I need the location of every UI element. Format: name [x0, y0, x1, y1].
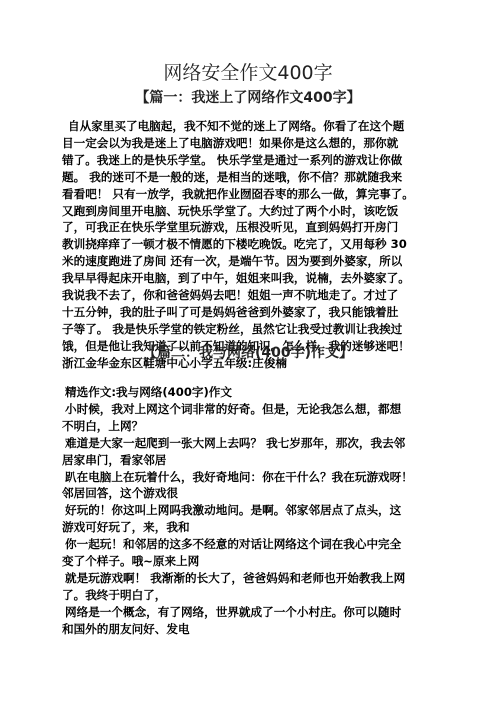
paragraph-line: 游戏可好玩了，来，我和	[62, 519, 452, 536]
paragraph-line: 自从家里买了电脑起，我不知不觉的迷上了网络。你看了在这个题	[62, 118, 452, 135]
subtitle-line: 精选作文:我与网络(400字)作文	[62, 384, 452, 401]
paragraph-line: 十五分钟，我的肚子叫了可是妈妈爸爸到外婆家了，我只能饿着肚	[62, 304, 452, 321]
paragraph-line: 变了个样子。哦~原来上网	[62, 553, 452, 570]
paragraph-line: 难道是大家一起爬到一张大网上去吗？ 我七岁那年，那次，我去邻	[62, 435, 452, 452]
document-page: 网络安全作文400字 【篇一：我迷上了网络作文400字】 自从家里买了电脑起，我…	[0, 0, 496, 702]
section-2-body: 精选作文:我与网络(400字)作文 小时候，我对上网这个词非常的好奇。但是，无论…	[62, 384, 452, 638]
paragraph-line: 米的速度跑进了房间 还有一次，是端午节。因为要到外婆家，所以	[62, 253, 452, 270]
paragraph-line: 我说我不去了，你和爸爸妈妈去吧！姐姐一声不吭地走了。才过了	[62, 287, 452, 304]
document-title: 网络安全作文400字	[0, 62, 496, 84]
paragraph-line: 居家串门，看家邻居	[62, 452, 452, 469]
paragraph-line: 不明白，上网？	[62, 418, 452, 435]
paragraph-line: 趴在电脑上在玩着什么，我好奇地问：你在干什么？我在玩游戏呀！	[62, 469, 452, 486]
paragraph-line: 教训挠痒痒了一顿才极不情愿的下楼吃晚饭。吃完了，又用每秒 30	[62, 236, 452, 253]
section-2-heading: 【篇二：我与网络(400字)作文】	[0, 344, 496, 362]
paragraph-line: 目一定会以为我是迷上了电脑游戏吧！如果你是这么想的，那你就	[62, 135, 452, 152]
section-1-heading: 【篇一：我迷上了网络作文400字】	[0, 89, 496, 107]
paragraph-line: 小时候，我对上网这个词非常的好奇。但是，无论我怎么想，都想	[62, 401, 452, 418]
paragraph-line: 就是玩游戏啊！ 我渐渐的长大了，爸爸妈妈和老师也开始教我上网	[62, 570, 452, 587]
section-1-body: 自从家里买了电脑起，我不知不觉的迷上了网络。你看了在这个题 目一定会以为我是迷上…	[62, 118, 452, 372]
paragraph-line: 又跑到房间里开电脑、玩快乐学堂了。大约过了两个小时，该吃饭	[62, 203, 452, 220]
paragraph-line: 题。 我的迷可不是一般的迷，是相当的迷哦，你不信？那就随我来	[62, 169, 452, 186]
paragraph-line: 了，可我正在快乐学堂里玩游戏，压根没听见，直到妈妈打开房门	[62, 219, 452, 236]
paragraph-line: 子等了。 我是快乐学堂的铁定粉丝，虽然它让我受过教训让我挨过	[62, 321, 452, 338]
paragraph-line: 网络是一个概念，有了网络，世界就成了一个小村庄。你可以随时	[62, 604, 452, 621]
paragraph-line: 和国外的朋友问好、发电	[62, 621, 452, 638]
paragraph-line: 你一起玩！和邻居的这多不经意的对话让网络这个词在我心中完全	[62, 536, 452, 553]
paragraph-line: 我早早得起床开电脑，到了中午，姐姐来叫我，说楠，去外婆家了。	[62, 270, 452, 287]
paragraph-line: 了。我终于明白了，	[62, 587, 452, 604]
paragraph-line: 邻居回答，这个游戏很	[62, 485, 452, 502]
paragraph-line: 错了。我迷上的是快乐学堂。 快乐学堂是通过一系列的游戏让你做	[62, 152, 452, 169]
paragraph-line: 好玩的！你这叫上网吗我激动地问。是啊。邻家邻居点了点头，这	[62, 502, 452, 519]
paragraph-line: 看看吧！ 只有一放学，我就把作业囫囵吞枣的那么一做，算完事了。	[62, 186, 452, 203]
